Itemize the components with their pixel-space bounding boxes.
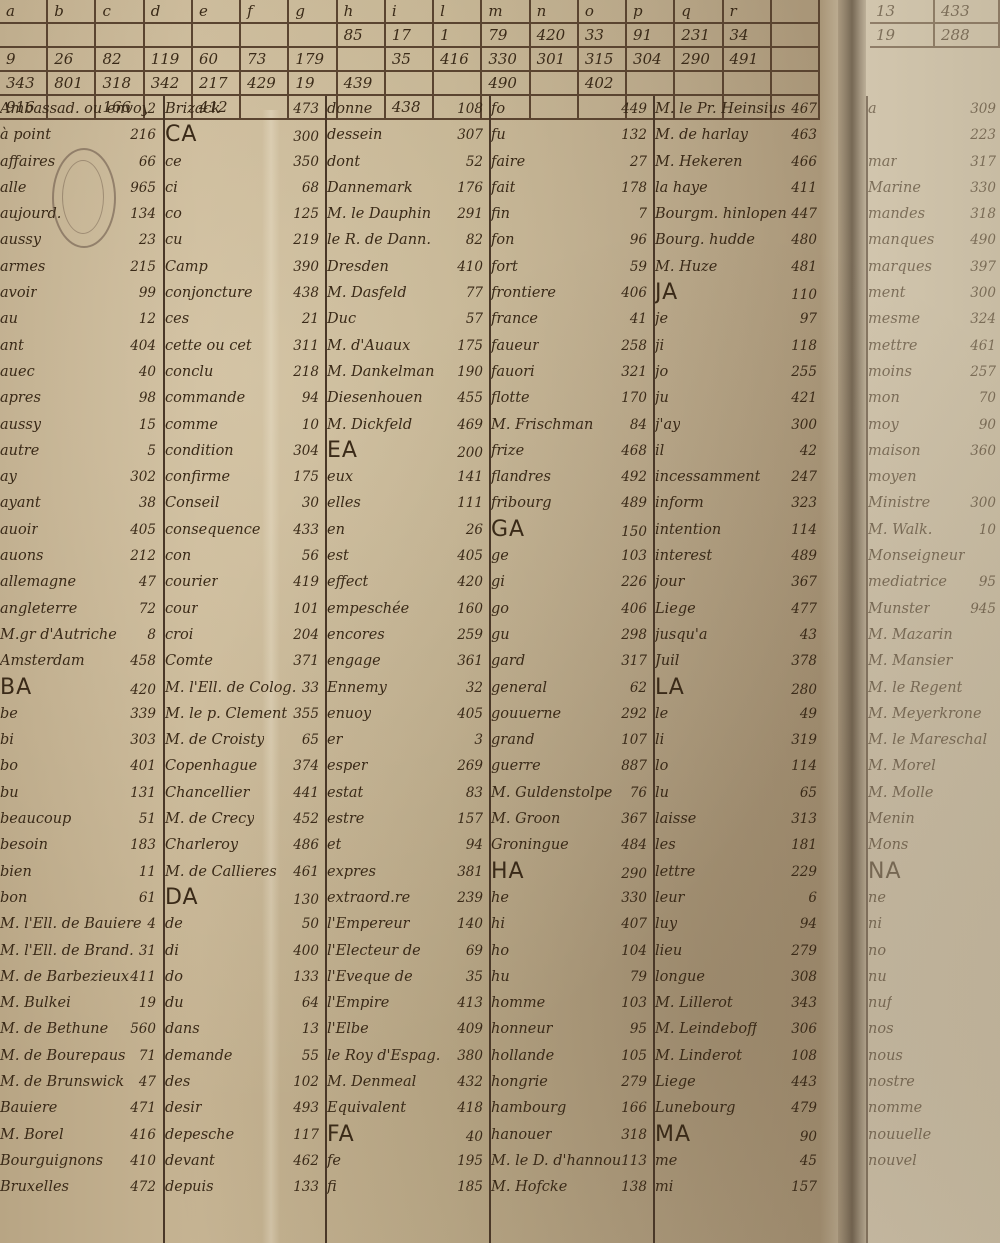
cipher-entry: Ministre300 — [868, 490, 1000, 516]
cipher-entry: donne108 — [327, 96, 489, 122]
plaintext-word: fi — [327, 1174, 337, 1200]
grid-cell — [772, 0, 820, 22]
plaintext-word: alle — [0, 175, 27, 201]
cipher-entry: M. Dasfeld77 — [327, 280, 489, 306]
plaintext-word: M. le Mareschal — [868, 727, 987, 753]
plaintext-word: Monseigneur — [868, 543, 965, 569]
cipher-entry: croi204 — [165, 622, 325, 648]
cipher-code: 10 — [302, 412, 325, 438]
cipher-entry: do133 — [165, 964, 325, 990]
plaintext-word: M. Mansier — [868, 648, 953, 674]
grid-cell: 318 — [96, 72, 144, 94]
cipher-entry: et94 — [327, 832, 489, 858]
cipher-code: 477 — [791, 596, 823, 622]
cipher-code: 462 — [293, 1148, 325, 1174]
cipher-entry: inform323 — [655, 490, 823, 516]
cipher-entry: marques397 — [868, 254, 1000, 280]
cipher-code: 455 — [457, 385, 489, 411]
plaintext-word: et — [327, 832, 341, 858]
cipher-code: 55 — [302, 1043, 325, 1069]
cipher-entry: jusqu'a43 — [655, 622, 823, 648]
cipher-entry: JA110 — [655, 280, 823, 306]
cipher-entry: bu131 — [0, 780, 162, 806]
plaintext-word: Bruxelles — [0, 1174, 69, 1200]
cipher-grid-fragment: 1343319288 — [870, 0, 1000, 48]
cipher-code: 324 — [970, 306, 1000, 332]
grid-cell: c — [96, 0, 144, 22]
grid-cell: 429 — [241, 72, 289, 94]
plaintext-word: l'Electeur de — [327, 938, 421, 964]
cipher-entry: gard317 — [491, 648, 653, 674]
cipher-entry: fon96 — [491, 227, 653, 253]
cipher-entry: encores259 — [327, 622, 489, 648]
grid-row: 8517179420339123134 — [0, 24, 820, 48]
cipher-code: 95 — [979, 569, 1000, 595]
plaintext-word: leur — [655, 885, 685, 911]
cipher-code: 101 — [293, 596, 325, 622]
cipher-entry: M. de Croisty65 — [165, 727, 325, 753]
cipher-entry: les181 — [655, 832, 823, 858]
plaintext-word: nos — [868, 1016, 894, 1042]
cipher-entry: M. le Dauphin291 — [327, 201, 489, 227]
cipher-code: 31 — [139, 938, 162, 964]
grid-cell: r — [724, 0, 772, 22]
grid-cell — [193, 24, 241, 46]
cipher-entry: HA290 — [491, 859, 653, 885]
cipher-entry: moyen — [868, 464, 1000, 490]
cipher-code: 125 — [293, 201, 325, 227]
cipher-code: 216 — [130, 122, 162, 148]
grid-cell: 91 — [627, 24, 675, 46]
plaintext-word: depesche — [165, 1122, 234, 1148]
cipher-code: 45 — [800, 1148, 823, 1174]
cipher-entry: alle965 — [0, 175, 162, 201]
cipher-code: 560 — [130, 1016, 162, 1042]
cipher-code: 40 — [466, 1124, 489, 1150]
cipher-code: 90 — [979, 412, 1000, 438]
cipher-code: 887 — [621, 753, 653, 779]
plaintext-word: Bourguignons — [0, 1148, 103, 1174]
cipher-code: 258 — [621, 333, 653, 359]
cipher-code: 71 — [139, 1043, 162, 1069]
cipher-code: 200 — [457, 440, 489, 466]
plaintext-word: co — [165, 201, 182, 227]
plaintext-word: moy — [868, 412, 899, 438]
plaintext-word: mon — [868, 385, 900, 411]
cipher-code: 96 — [630, 227, 653, 253]
plaintext-word: gu — [491, 622, 510, 648]
cipher-entry: Equivalent418 — [327, 1095, 489, 1121]
plaintext-word: M. Dickfeld — [327, 412, 412, 438]
grid-cell: 342 — [145, 72, 193, 94]
cipher-code: 82 — [466, 227, 489, 253]
plaintext-word: fon — [491, 227, 514, 253]
plaintext-word: ge — [491, 543, 509, 569]
cipher-entry: M. de Bourepaus71 — [0, 1043, 162, 1069]
cipher-entry: cette ou cet311 — [165, 333, 325, 359]
cipher-entry: frize468 — [491, 438, 653, 464]
plaintext-word: M.gr d'Autriche — [0, 622, 117, 648]
plaintext-word: fu — [491, 122, 506, 148]
cipher-code: 117 — [293, 1122, 325, 1148]
grid-cell: 301 — [531, 48, 579, 70]
cipher-code: 469 — [457, 412, 489, 438]
cipher-code: 35 — [466, 964, 489, 990]
cipher-entry: Bruxelles472 — [0, 1174, 162, 1200]
plaintext-word: l'Empereur — [327, 911, 410, 937]
plaintext-word: mi — [655, 1174, 673, 1200]
cipher-code: 170 — [621, 385, 653, 411]
column-1: Ambassad. ou envoyé2à point216affaires66… — [0, 96, 162, 1243]
cipher-code: 226 — [621, 569, 653, 595]
plaintext-word: Ministre — [868, 490, 930, 516]
cipher-entry: faueur258 — [491, 333, 653, 359]
plaintext-word: M. de Callieres — [165, 859, 277, 885]
cipher-entry: aussy23 — [0, 227, 162, 253]
plaintext-word: M. Denmeal — [327, 1069, 416, 1095]
cipher-entry: Munster945 — [868, 596, 1000, 622]
grid-cell: f — [241, 0, 289, 22]
cipher-code: 181 — [791, 832, 823, 858]
cipher-code: 11 — [139, 859, 162, 885]
plaintext-word: manques — [868, 227, 934, 253]
cipher-code: 420 — [457, 569, 489, 595]
cipher-entry: Liege443 — [655, 1069, 823, 1095]
cipher-entry: gouuerne292 — [491, 701, 653, 727]
cipher-entry: mettre461 — [868, 333, 1000, 359]
cipher-code: 178 — [621, 175, 653, 201]
plaintext-word: cour — [165, 596, 198, 622]
cipher-entry: M. Huze481 — [655, 254, 823, 280]
cipher-entry: mi157 — [655, 1174, 823, 1200]
cipher-code: 298 — [621, 622, 653, 648]
plaintext-word: con — [165, 543, 191, 569]
cipher-entry: fo449 — [491, 96, 653, 122]
plaintext-word: GA — [491, 517, 525, 543]
cipher-entry: hi407 — [491, 911, 653, 937]
plaintext-word: Juil — [655, 648, 679, 674]
cipher-entry: M. de Barbezieux411 — [0, 964, 162, 990]
cipher-entry: luy94 — [655, 911, 823, 937]
cipher-code: 360 — [970, 438, 1000, 464]
plaintext-word: honneur — [491, 1016, 553, 1042]
plaintext-word: l'Elbe — [327, 1016, 369, 1042]
cipher-code: 218 — [293, 359, 325, 385]
plaintext-word: nuf — [868, 990, 892, 1016]
cipher-code: 103 — [621, 543, 653, 569]
cipher-code: 339 — [130, 701, 162, 727]
cipher-code: 303 — [130, 727, 162, 753]
cipher-entry: Diesenhouen455 — [327, 385, 489, 411]
cipher-entry: le Roy d'Espag.380 — [327, 1043, 489, 1069]
cipher-entry: en26 — [327, 517, 489, 543]
cipher-entry: ne — [868, 885, 1000, 911]
plaintext-word: Bourgm. hinlopen — [655, 201, 787, 227]
cipher-code: 489 — [621, 490, 653, 516]
cipher-entry: bo401 — [0, 753, 162, 779]
cipher-code: 486 — [293, 832, 325, 858]
plaintext-word: bi — [0, 727, 14, 753]
grid-cell: g — [289, 0, 337, 22]
grid-cell: 343 — [0, 72, 48, 94]
cipher-code: 481 — [791, 254, 823, 280]
plaintext-word: maison — [868, 438, 921, 464]
grid-cell — [386, 72, 434, 94]
plaintext-word: M. d'Auaux — [327, 333, 410, 359]
cipher-code: 416 — [130, 1122, 162, 1148]
cipher-entry: be339 — [0, 701, 162, 727]
plaintext-word: apres — [0, 385, 41, 411]
cipher-entry: bien11 — [0, 859, 162, 885]
plaintext-word: fo — [491, 96, 505, 122]
cipher-code: 308 — [791, 964, 823, 990]
cipher-code: 157 — [791, 1174, 823, 1200]
cipher-code: 409 — [457, 1016, 489, 1042]
plaintext-word: beaucoup — [0, 806, 71, 832]
plaintext-word: engage — [327, 648, 381, 674]
plaintext-word: gard — [491, 648, 525, 674]
plaintext-word: mar — [868, 149, 897, 175]
grid-cell: 19 — [289, 72, 337, 94]
cipher-entry: esper269 — [327, 753, 489, 779]
plaintext-word: ment — [868, 280, 906, 306]
cipher-code: 47 — [139, 569, 162, 595]
cipher-entry: M. Bulkei19 — [0, 990, 162, 1016]
cipher-entry: estat83 — [327, 780, 489, 806]
grid-cell: e — [193, 0, 241, 22]
cipher-entry: ju421 — [655, 385, 823, 411]
cipher-code: 107 — [621, 727, 653, 753]
cipher-entry: Comte371 — [165, 648, 325, 674]
cipher-entry: conclu218 — [165, 359, 325, 385]
cipher-entry: allemagne47 — [0, 569, 162, 595]
plaintext-word: M. Hekeren — [655, 149, 743, 175]
plaintext-word: M. le D. d'hannouer — [491, 1148, 621, 1174]
plaintext-word: conjoncture — [165, 280, 253, 306]
cipher-code: 257 — [970, 359, 1000, 385]
cipher-code: 311 — [293, 333, 325, 359]
plaintext-word: mettre — [868, 333, 918, 359]
cipher-code: 466 — [791, 149, 823, 175]
cipher-entry: dans13 — [165, 1016, 325, 1042]
plaintext-word: hanouer — [491, 1122, 552, 1148]
grid-cell — [772, 24, 820, 46]
plaintext-word: M. Leindeboff — [655, 1016, 757, 1042]
cipher-entry: CA300 — [165, 122, 325, 148]
plaintext-word: devant — [165, 1148, 215, 1174]
plaintext-word: Comte — [165, 648, 213, 674]
plaintext-word: aussy — [0, 227, 41, 253]
cipher-code: 65 — [800, 780, 823, 806]
cipher-entry: M. de harlay463 — [655, 122, 823, 148]
cipher-code: 72 — [139, 596, 162, 622]
cipher-entry: il42 — [655, 438, 823, 464]
plaintext-word: M. le Regent — [868, 675, 962, 701]
cipher-entry: me45 — [655, 1148, 823, 1174]
cipher-entry: guerre887 — [491, 753, 653, 779]
cipher-entry: he330 — [491, 885, 653, 911]
cipher-entry: desir493 — [165, 1095, 325, 1121]
plaintext-word: dans — [165, 1016, 200, 1042]
plaintext-word: M. Meyerkrone — [868, 701, 982, 727]
plaintext-word: enuoy — [327, 701, 371, 727]
cipher-code: 300 — [791, 412, 823, 438]
plaintext-word: nomme — [868, 1095, 922, 1121]
plaintext-word: le Roy d'Espag. — [327, 1043, 440, 1069]
cipher-entry: M. l'Ell. de Brand.31 — [0, 938, 162, 964]
grid-cell — [96, 24, 144, 46]
cipher-entry: bi303 — [0, 727, 162, 753]
cipher-entry: Juil378 — [655, 648, 823, 674]
grid-cell: 13 — [870, 0, 935, 22]
cipher-entry: EA200 — [327, 438, 489, 464]
plaintext-word: Equivalent — [327, 1095, 406, 1121]
cipher-entry: M. le p. Clement355 — [165, 701, 325, 727]
plaintext-word: est — [327, 543, 349, 569]
cipher-code: 292 — [621, 701, 653, 727]
cipher-entry: ge103 — [491, 543, 653, 569]
cipher-entry: fi185 — [327, 1174, 489, 1200]
cipher-entry: nu — [868, 964, 1000, 990]
cipher-code: 104 — [621, 938, 653, 964]
plaintext-word: flandres — [491, 464, 551, 490]
cipher-code: 279 — [791, 938, 823, 964]
cipher-code: 195 — [457, 1148, 489, 1174]
cipher-entry: li319 — [655, 727, 823, 753]
cipher-entry: l'Empereur140 — [327, 911, 489, 937]
cipher-code: 114 — [791, 753, 823, 779]
plaintext-word: fe — [327, 1148, 341, 1174]
cipher-entry: incessamment247 — [655, 464, 823, 490]
plaintext-word: à point — [0, 122, 51, 148]
cipher-entry: ho104 — [491, 938, 653, 964]
plaintext-word: di — [165, 938, 179, 964]
cipher-code: 300 — [293, 124, 325, 150]
cipher-code: 94 — [302, 385, 325, 411]
cipher-entry: engage361 — [327, 648, 489, 674]
plaintext-word: M. Hofcke — [491, 1174, 567, 1200]
cipher-entry: M. Meyerkrone — [868, 701, 1000, 727]
plaintext-word: estre — [327, 806, 364, 832]
cipher-entry: fauori321 — [491, 359, 653, 385]
cipher-entry: M. Mazarin — [868, 622, 1000, 648]
cipher-code: 247 — [791, 464, 823, 490]
cipher-entry: auoir405 — [0, 517, 162, 543]
cipher-entry: M. le Pr. Heinsius467 — [655, 96, 823, 122]
cipher-code: 62 — [630, 675, 653, 701]
plaintext-word: besoin — [0, 832, 48, 858]
cipher-entry: courier419 — [165, 569, 325, 595]
cipher-code: 461 — [293, 859, 325, 885]
plaintext-word: M. de Bourepaus — [0, 1043, 125, 1069]
cipher-code: 141 — [457, 464, 489, 490]
cipher-code: 134 — [130, 201, 162, 227]
cipher-entry: autre5 — [0, 438, 162, 464]
cipher-entry: Conseil30 — [165, 490, 325, 516]
cipher-code: 319 — [791, 727, 823, 753]
cipher-code: 471 — [130, 1095, 162, 1121]
cipher-code: 68 — [302, 175, 325, 201]
plaintext-word: angleterre — [0, 596, 77, 622]
cipher-code: 300 — [970, 280, 1000, 306]
cipher-entry: M. d'Auaux175 — [327, 333, 489, 359]
plaintext-word: M. Walk. — [868, 517, 932, 543]
plaintext-word: l'Empire — [327, 990, 389, 1016]
plaintext-word: M. de Barbezieux — [0, 964, 129, 990]
plaintext-word: consequence — [165, 517, 260, 543]
plaintext-word: M. Mazarin — [868, 622, 953, 648]
cipher-entry: interest489 — [655, 543, 823, 569]
cipher-entry: Bourg. hudde480 — [655, 227, 823, 253]
plaintext-word: Groningue — [491, 832, 569, 858]
cipher-code: 269 — [457, 753, 489, 779]
cipher-code: 447 — [791, 201, 823, 227]
cipher-code: 493 — [293, 1095, 325, 1121]
cipher-code: 302 — [130, 464, 162, 490]
plaintext-word: me — [655, 1148, 677, 1174]
cipher-code: 132 — [621, 122, 653, 148]
cipher-code: 321 — [621, 359, 653, 385]
plaintext-word: desir — [165, 1095, 202, 1121]
cipher-code: 367 — [621, 806, 653, 832]
plaintext-word: mesme — [868, 306, 920, 332]
grid-cell: 402 — [579, 72, 627, 94]
grid-cell — [675, 72, 723, 94]
cipher-entry: faire27 — [491, 149, 653, 175]
grid-cell: 420 — [531, 24, 579, 46]
plaintext-word: expres — [327, 859, 376, 885]
cipher-entry: l'Empire413 — [327, 990, 489, 1016]
plaintext-word: fait — [491, 175, 515, 201]
cipher-entry: des102 — [165, 1069, 325, 1095]
cipher-code: 489 — [791, 543, 823, 569]
cipher-entry: hongrie279 — [491, 1069, 653, 1095]
cipher-code: 113 — [621, 1148, 653, 1174]
cipher-code: 330 — [621, 885, 653, 911]
cipher-entry: Dannemark176 — [327, 175, 489, 201]
cipher-code: 410 — [130, 1148, 162, 1174]
plaintext-word: ant — [0, 333, 24, 359]
plaintext-word: Ennemy — [327, 675, 387, 701]
cipher-entry: M. l'Ell. de Bauiere4 — [0, 911, 162, 937]
plaintext-word: JA — [655, 280, 678, 306]
plaintext-word: nu — [868, 964, 887, 990]
plaintext-word: Mons — [868, 832, 908, 858]
cipher-entry: fribourg489 — [491, 490, 653, 516]
cipher-entry: devant462 — [165, 1148, 325, 1174]
plaintext-word: comme — [165, 412, 218, 438]
cipher-entry: M. le Regent — [868, 675, 1000, 701]
cipher-code: 150 — [621, 519, 653, 545]
plaintext-word: condition — [165, 438, 234, 464]
cipher-code: 102 — [293, 1069, 325, 1095]
plaintext-word: j'ay — [655, 412, 680, 438]
cipher-code: 223 — [970, 122, 1000, 148]
cipher-code: 57 — [466, 306, 489, 332]
cipher-code: 480 — [791, 227, 823, 253]
cipher-code: 318 — [621, 1122, 653, 1148]
cipher-entry: M. Leindeboff306 — [655, 1016, 823, 1042]
grid-cell: 17 — [386, 24, 434, 46]
grid-cell — [48, 24, 96, 46]
plaintext-word: fort — [491, 254, 518, 280]
cipher-code: 229 — [791, 859, 823, 885]
plaintext-word: Munster — [868, 596, 930, 622]
cipher-entry: armes215 — [0, 254, 162, 280]
cipher-entry: consequence433 — [165, 517, 325, 543]
plaintext-word: ji — [655, 333, 664, 359]
grid-cell — [145, 24, 193, 46]
